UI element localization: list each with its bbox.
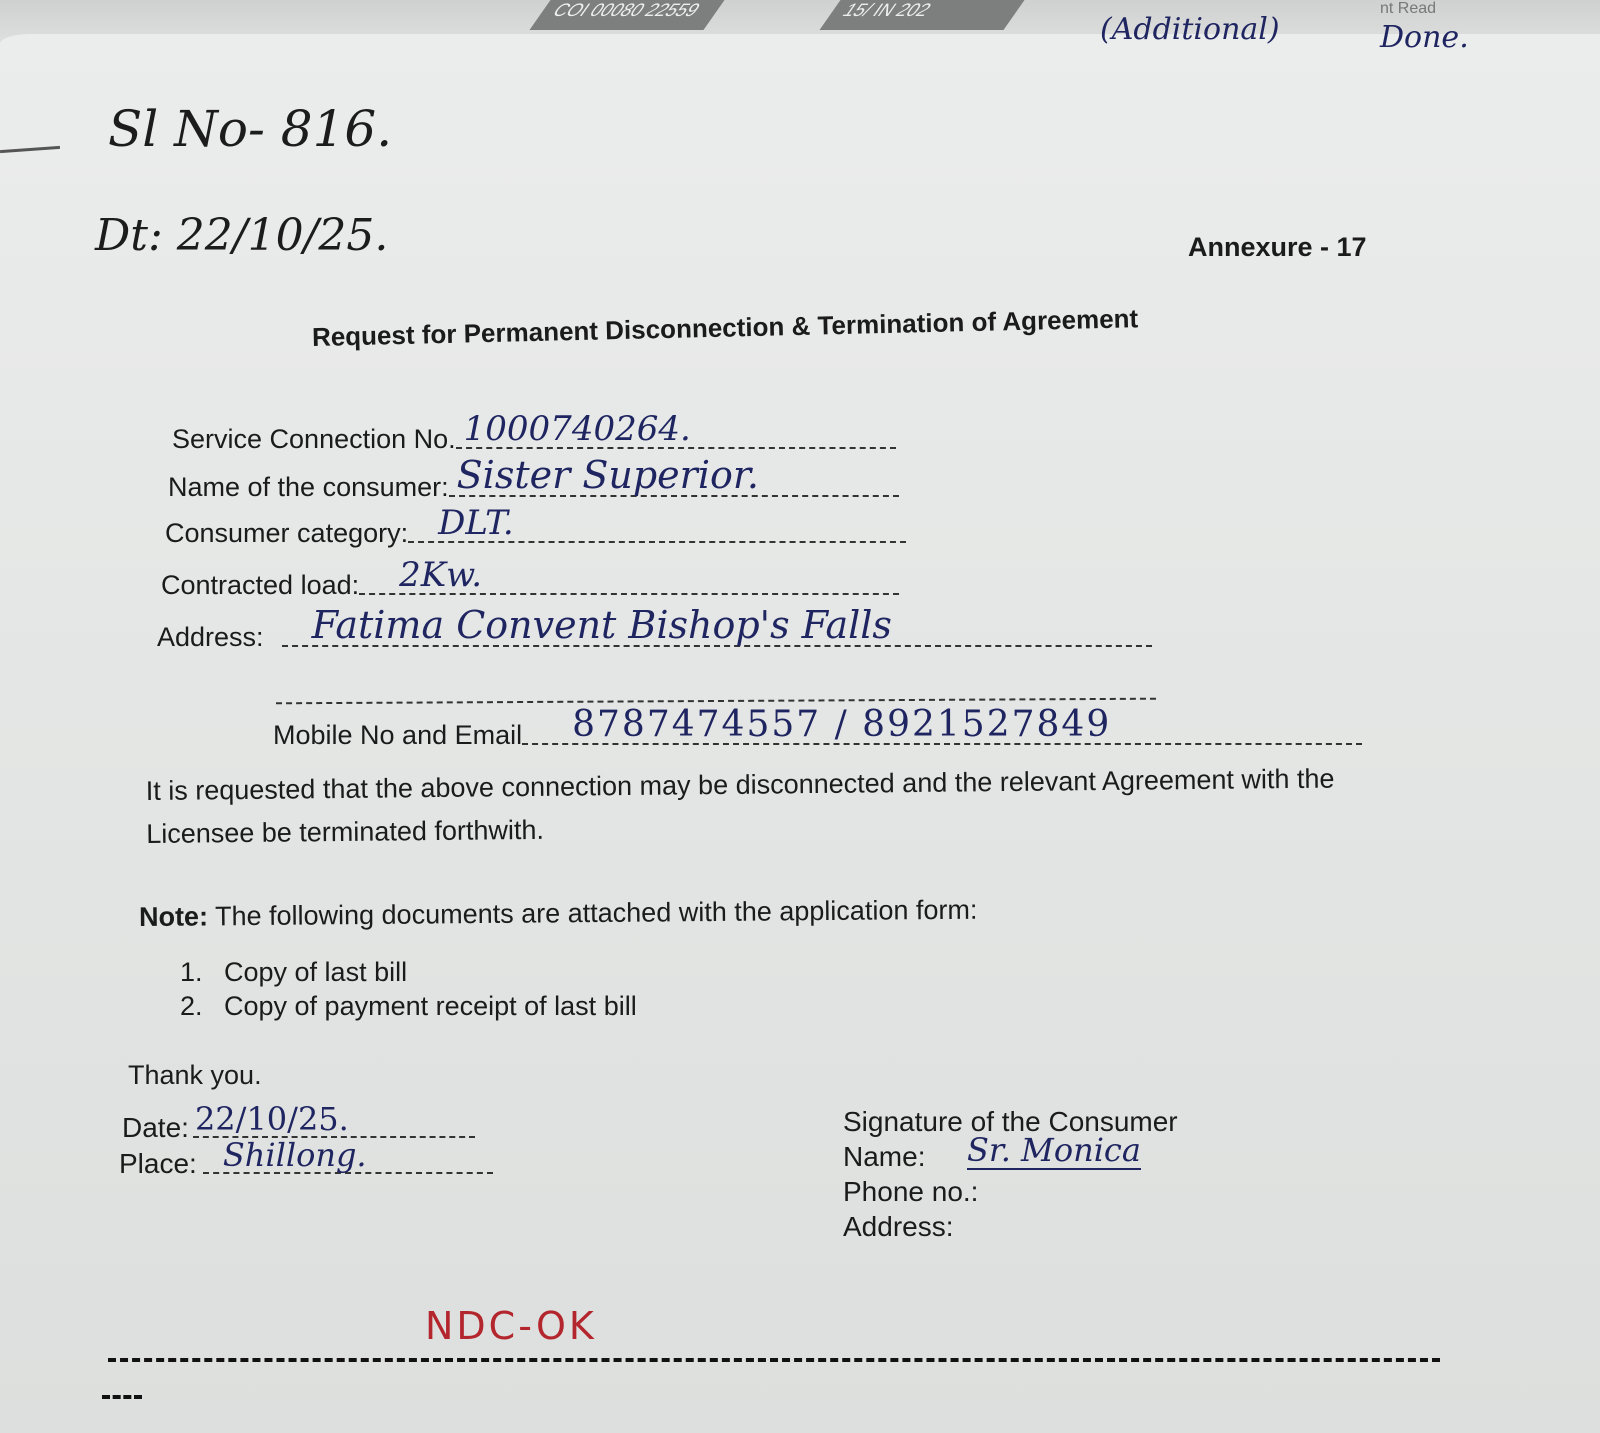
signature-block: Signature of the Consumer Name: Sr. Moni… bbox=[843, 1104, 1178, 1244]
field-consumer-category: Consumer category: DLT. bbox=[165, 518, 906, 549]
address-label: Address: bbox=[843, 1209, 1178, 1244]
background-sheet-text: nt Read bbox=[1380, 0, 1436, 18]
field-label: Service Connection No. bbox=[172, 424, 456, 455]
background-tab-strip: COI 00080 22559 bbox=[529, 0, 724, 30]
separator-dashed-line bbox=[108, 1358, 1440, 1362]
request-paragraph: It is requested that the above connectio… bbox=[146, 757, 1417, 856]
field-label: Place: bbox=[119, 1148, 197, 1180]
field-service-connection: Service Connection No. 1000740264. bbox=[172, 424, 896, 455]
field-input[interactable]: 2Kw. bbox=[359, 593, 899, 595]
field-place: Place: Shillong. bbox=[119, 1148, 493, 1180]
ndc-ok-stamp: NDC-OK bbox=[425, 1304, 597, 1348]
field-contracted-load: Contracted load: 2Kw. bbox=[161, 570, 899, 601]
field-label: Name of the consumer: bbox=[168, 472, 449, 503]
additional-annotation: (Additional) bbox=[1100, 12, 1280, 47]
field-input[interactable]: 8787474557 / 8921527849 bbox=[522, 743, 1362, 745]
date-annotation: Dt: 22/10/25. bbox=[95, 210, 388, 261]
field-value: 2Kw. bbox=[399, 555, 482, 595]
field-input[interactable]: Sister Superior. bbox=[449, 495, 899, 497]
field-label: Contracted load: bbox=[161, 570, 359, 601]
field-value: Sister Superior. bbox=[457, 453, 759, 497]
field-mobile-email: Mobile No and Email 8787474557 / 8921527… bbox=[273, 720, 1362, 751]
phone-label: Phone no.: bbox=[843, 1174, 1178, 1209]
field-value: DLT. bbox=[438, 503, 514, 543]
field-label: Mobile No and Email bbox=[273, 720, 522, 751]
thank-you-text: Thank you. bbox=[128, 1060, 262, 1091]
signature-name[interactable]: Sr. Monica bbox=[967, 1133, 1141, 1170]
field-consumer-name: Name of the consumer: Sister Superior. bbox=[168, 472, 899, 503]
done-annotation: Done. bbox=[1380, 20, 1469, 55]
field-value: 1000740264. bbox=[464, 409, 691, 449]
annexure-label: Annexure - 17 bbox=[1188, 232, 1367, 263]
field-address: Address: Fatima Convent Bishop's Falls bbox=[157, 622, 1152, 653]
field-input[interactable]: 1000740264. bbox=[456, 447, 896, 449]
attachment-item: Copy of last bill bbox=[210, 955, 637, 989]
note-text: The following documents are attached wit… bbox=[215, 895, 978, 932]
name-label: Name: bbox=[843, 1141, 925, 1172]
field-label: Address: bbox=[157, 622, 264, 653]
serial-number: Sl No- 816. bbox=[108, 100, 392, 158]
attachments-list: Copy of last bill Copy of payment receip… bbox=[150, 955, 637, 1023]
field-value: 22/10/25. bbox=[195, 1100, 349, 1138]
field-value: Shillong. bbox=[223, 1136, 367, 1174]
name-row: Name: Sr. Monica bbox=[843, 1139, 1178, 1174]
field-value: Fatima Convent Bishop's Falls bbox=[312, 603, 892, 647]
field-value: 8787474557 / 8921527849 bbox=[572, 704, 1111, 745]
field-label: Consumer category: bbox=[165, 518, 408, 549]
separator-dashed-stub bbox=[102, 1395, 142, 1399]
attachment-item: Copy of payment receipt of last bill bbox=[210, 989, 637, 1023]
field-input[interactable]: Shillong. bbox=[203, 1172, 493, 1174]
background-tab-strip: 15/ IN 202 bbox=[819, 0, 1024, 30]
note-label: Note: bbox=[139, 901, 208, 932]
field-input[interactable]: Fatima Convent Bishop's Falls bbox=[282, 645, 1152, 647]
field-input[interactable]: DLT. bbox=[408, 541, 906, 543]
background-tab-text: COI 00080 22559 bbox=[548, 0, 704, 20]
background-tab-text: 15/ IN 202 bbox=[838, 0, 935, 20]
field-label: Date: bbox=[122, 1112, 189, 1144]
